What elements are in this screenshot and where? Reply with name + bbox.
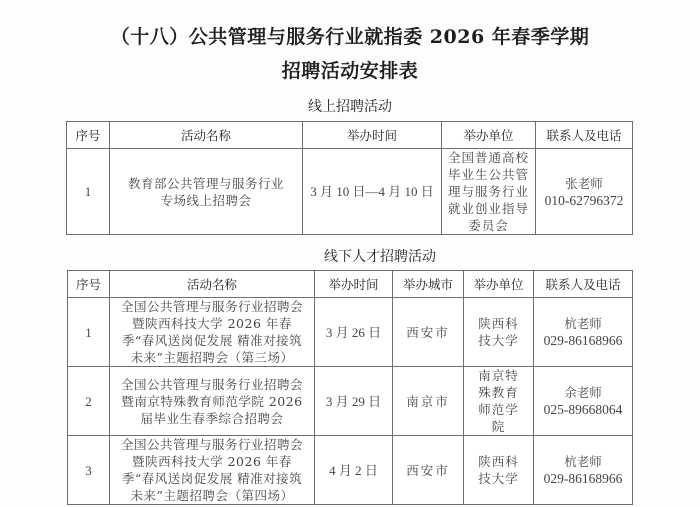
event-name: 全国公共管理与服务行业招聘会暨陕西科技大学 2026 年春季“春风送岗促发展 精…: [110, 436, 315, 505]
event-contact: 杭老师 029-86168966: [534, 436, 633, 505]
contact-name: 余老师: [537, 384, 629, 401]
header-no: 序号: [67, 122, 110, 149]
event-organizer: 南京特殊教育师范学院: [464, 367, 534, 436]
event-organizer: 陕西科技大学: [464, 436, 534, 505]
event-contact: 张老师 010-62796372: [536, 149, 633, 235]
header-contact: 联系人及电话: [534, 271, 633, 298]
contact-phone: 029-86168966: [537, 470, 629, 487]
contact-phone: 025-89668064: [537, 401, 629, 418]
offline-section-title: 线下人才招聘活动: [30, 246, 700, 266]
contact-name: 张老师: [539, 175, 629, 192]
table-row: 1 教育部公共管理与服务行业专场线上招聘会 3 月 10 日—4 月 10 日 …: [67, 149, 633, 235]
header-time: 举办时间: [303, 122, 442, 149]
event-organizer: 全国普通高校毕业生公共管理与服务行业就业创业指导委员会: [442, 149, 536, 235]
header-time: 举办时间: [315, 271, 393, 298]
header-city: 举办城市: [393, 271, 464, 298]
table-header-row: 序号 活动名称 举办时间 举办城市 举办单位 联系人及电话: [68, 271, 633, 298]
event-time: 3 月 26 日: [315, 298, 393, 367]
contact-name: 杭老师: [537, 453, 629, 470]
table-row: 1 全国公共管理与服务行业招聘会暨陕西科技大学 2026 年春季“春风送岗促发展…: [68, 298, 633, 367]
header-organizer: 举办单位: [442, 122, 536, 149]
header-event-name: 活动名称: [110, 122, 303, 149]
event-city: 西安市: [393, 298, 464, 367]
header-organizer: 举办单位: [464, 271, 534, 298]
row-no: 1: [67, 149, 110, 235]
table-header-row: 序号 活动名称 举办时间 举办单位 联系人及电话: [67, 122, 633, 149]
table-row: 2 全国公共管理与服务行业招聘会暨南京特殊教育师范学院 2026 届毕业生春季综…: [68, 367, 633, 436]
row-no: 1: [68, 298, 110, 367]
table-row: 3 全国公共管理与服务行业招聘会暨陕西科技大学 2026 年春季“春风送岗促发展…: [68, 436, 633, 505]
contact-phone: 010-62796372: [539, 192, 629, 209]
event-organizer: 陕西科技大学: [464, 298, 534, 367]
header-event-name: 活动名称: [110, 271, 315, 298]
document-title-line2: 招聘活动安排表: [0, 56, 700, 83]
event-city: 西安市: [393, 436, 464, 505]
event-time: 3 月 29 日: [315, 367, 393, 436]
row-no: 2: [68, 367, 110, 436]
event-time: 4 月 2 日: [315, 436, 393, 505]
header-contact: 联系人及电话: [536, 122, 633, 149]
event-name: 教育部公共管理与服务行业专场线上招聘会: [110, 149, 303, 235]
event-city: 南京市: [393, 367, 464, 436]
online-events-table: 序号 活动名称 举办时间 举办单位 联系人及电话 1 教育部公共管理与服务行业专…: [66, 121, 633, 235]
event-contact: 杭老师 029-86168966: [534, 298, 633, 367]
event-contact: 余老师 025-89668064: [534, 367, 633, 436]
event-name: 全国公共管理与服务行业招聘会暨陕西科技大学 2026 年春季“春风送岗促发展 精…: [110, 298, 315, 367]
contact-name: 杭老师: [537, 315, 629, 332]
online-section-title: 线上招聘活动: [0, 96, 700, 116]
contact-phone: 029-86168966: [537, 332, 629, 349]
offline-events-table: 序号 活动名称 举办时间 举办城市 举办单位 联系人及电话 1 全国公共管理与服…: [67, 270, 633, 505]
document-title-line1: （十八）公共管理与服务行业就指委 2026 年春季学期: [0, 22, 700, 49]
row-no: 3: [68, 436, 110, 505]
event-name: 全国公共管理与服务行业招聘会暨南京特殊教育师范学院 2026 届毕业生春季综合招…: [110, 367, 315, 436]
header-no: 序号: [68, 271, 110, 298]
event-time: 3 月 10 日—4 月 10 日: [303, 149, 442, 235]
